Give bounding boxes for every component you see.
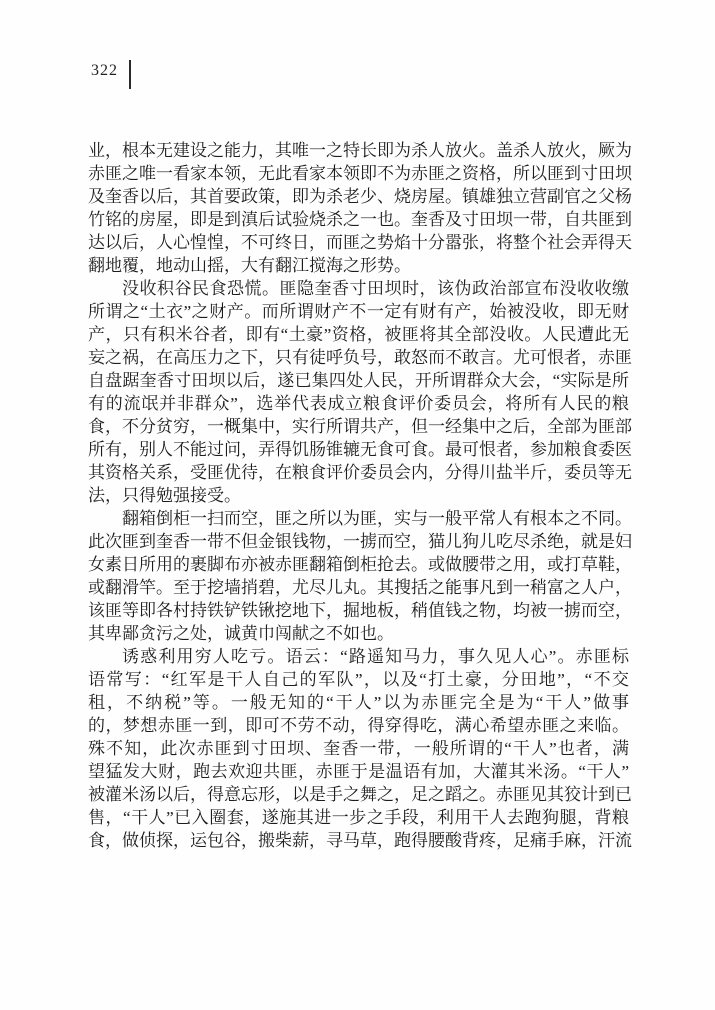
page-header: 322 bbox=[91, 60, 131, 89]
text-line: 达以后，人心惶惶，不可终日，而匪之势焰十分嚣张，将整个社会弄得天 bbox=[88, 231, 629, 254]
text-line: 竹铭的房屋，即是到滇后试验烧杀之一也。奎香及寸田坝一带，自共匪到 bbox=[88, 208, 629, 231]
text-line: 女素日所用的裹脚布亦被赤匪翻箱倒柜抢去。或做腰带之用，或打草鞋， bbox=[88, 553, 629, 576]
text-line: 翻箱倒柜一扫而空，匪之所以为匪，实与一般平常人有根本之不同。 bbox=[88, 507, 629, 530]
text-line: 语常写：“红军是干人自己的军队”，以及“打土豪，分田地”，“不交 bbox=[88, 668, 629, 691]
page-number: 322 bbox=[91, 60, 118, 82]
text-line: 所谓之“土衣”之财产。而所谓财产不一定有财有产，始被没收，即无财 bbox=[88, 300, 629, 323]
text-line: 其资格关系，受匪优待，在粮食评价委员会内，分得川盐半斤，委员等无 bbox=[88, 461, 629, 484]
header-vertical-rule bbox=[129, 60, 131, 89]
text-line: 望猛发大财，跑去欢迎共匪，赤匪于是温语有加，大灌其米汤。“干人” bbox=[88, 760, 629, 783]
paragraph: 业，根本无建设之能力，其唯一之特长即为杀人放火。盖杀人放火，厥为赤匪之唯一看家本… bbox=[88, 139, 629, 277]
text-line: 食，不分贫穷，一概集中，实行所谓共产，但一经集中之后，全部为匪部 bbox=[88, 415, 629, 438]
book-page: 322 业，根本无建设之能力，其唯一之特长即为杀人放火。盖杀人放火，厥为赤匪之唯… bbox=[0, 0, 715, 1010]
text-line: 所有，别人不能过问，弄得饥肠锥辘无食可食。最可恨者，参加粮食委医 bbox=[88, 438, 629, 461]
text-line: 翻地覆，地动山摇，大有翻江搅海之形势。 bbox=[88, 254, 629, 277]
text-line: 或翻滑竿。至于挖墙捎碧，尤尽儿丸。其搜括之能事凡到一稍富之人户， bbox=[88, 576, 629, 599]
text-block: 业，根本无建设之能力，其唯一之特长即为杀人放火。盖杀人放火，厥为赤匪之唯一看家本… bbox=[88, 139, 629, 852]
text-line: 租，不纳税”等。一般无知的“干人”以为赤匪完全是为“干人”做事 bbox=[88, 691, 629, 714]
text-line: 售，“干人”已入圈套，遂施其进一步之手段，利用干人去跑狗腿，背粮 bbox=[88, 806, 629, 829]
text-line: 妄之祸，在高压力之下，只有徒呼负号，敢怒而不敢言。尤可恨者，赤匪 bbox=[88, 346, 629, 369]
text-line: 没收积谷民食恐慌。匪隐奎香寸田坝时，该伪政治部宣布没收收缴 bbox=[88, 277, 629, 300]
text-line: 业，根本无建设之能力，其唯一之特长即为杀人放火。盖杀人放火，厥为 bbox=[88, 139, 629, 162]
paragraph: 翻箱倒柜一扫而空，匪之所以为匪，实与一般平常人有根本之不同。此次匪到奎香一带不但… bbox=[88, 507, 629, 645]
text-line: 殊不知，此次赤匪到寸田坝、奎香一带，一般所谓的“干人”也者，满 bbox=[88, 737, 629, 760]
paragraph: 没收积谷民食恐慌。匪隐奎香寸田坝时，该伪政治部宣布没收收缴所谓之“土衣”之财产。… bbox=[88, 277, 629, 507]
text-line: 被灌米汤以后，得意忘形，以是手之舞之，足之蹈之。赤匪见其狡计到已 bbox=[88, 783, 629, 806]
text-line: 该匪等即各村持铁铲铁锹挖地下，掘地板，稍值钱之物，均被一掳而空， bbox=[88, 599, 629, 622]
text-line: 法，只得勉强接受。 bbox=[88, 484, 629, 507]
text-line: 赤匪之唯一看家本领，无此看家本领即不为赤匪之资格，所以匪到寸田坝 bbox=[88, 162, 629, 185]
paragraph: 诱惑利用穷人吃亏。语云：“路遥知马力，事久见人心”。赤匪标语常写：“红军是干人自… bbox=[88, 645, 629, 852]
text-line: 诱惑利用穷人吃亏。语云：“路遥知马力，事久见人心”。赤匪标 bbox=[88, 645, 629, 668]
text-line: 其卑鄙贪污之处，诚黄巾闯献之不如也。 bbox=[88, 622, 629, 645]
text-line: 及奎香以后，其首要政策，即为杀老少、烧房屋。镇雄独立营副官之父杨 bbox=[88, 185, 629, 208]
text-line: 有的流氓并非群众”，选举代表成立粮食评价委员会，将所有人民的粮 bbox=[88, 392, 629, 415]
text-line: 产，只有积米谷者，即有“土豪”资格，被匪将其全部没收。人民遭此无 bbox=[88, 323, 629, 346]
text-line: 自盘踞奎香寸田坝以后，遂已集四处人民，开所谓群众大会，“实际是所 bbox=[88, 369, 629, 392]
text-line: 此次匪到奎香一带不但金银钱物，一掳而空，猫儿狗儿吃尽杀绝，就是妇 bbox=[88, 530, 629, 553]
text-line: 食，做侦探，运包谷，搬柴薪，寻马草，跑得腰酸背疼，足痛手麻，汗流 bbox=[88, 829, 629, 852]
text-line: 的，梦想赤匪一到，即可不劳不动，得穿得吃，满心希望赤匪之来临。 bbox=[88, 714, 629, 737]
